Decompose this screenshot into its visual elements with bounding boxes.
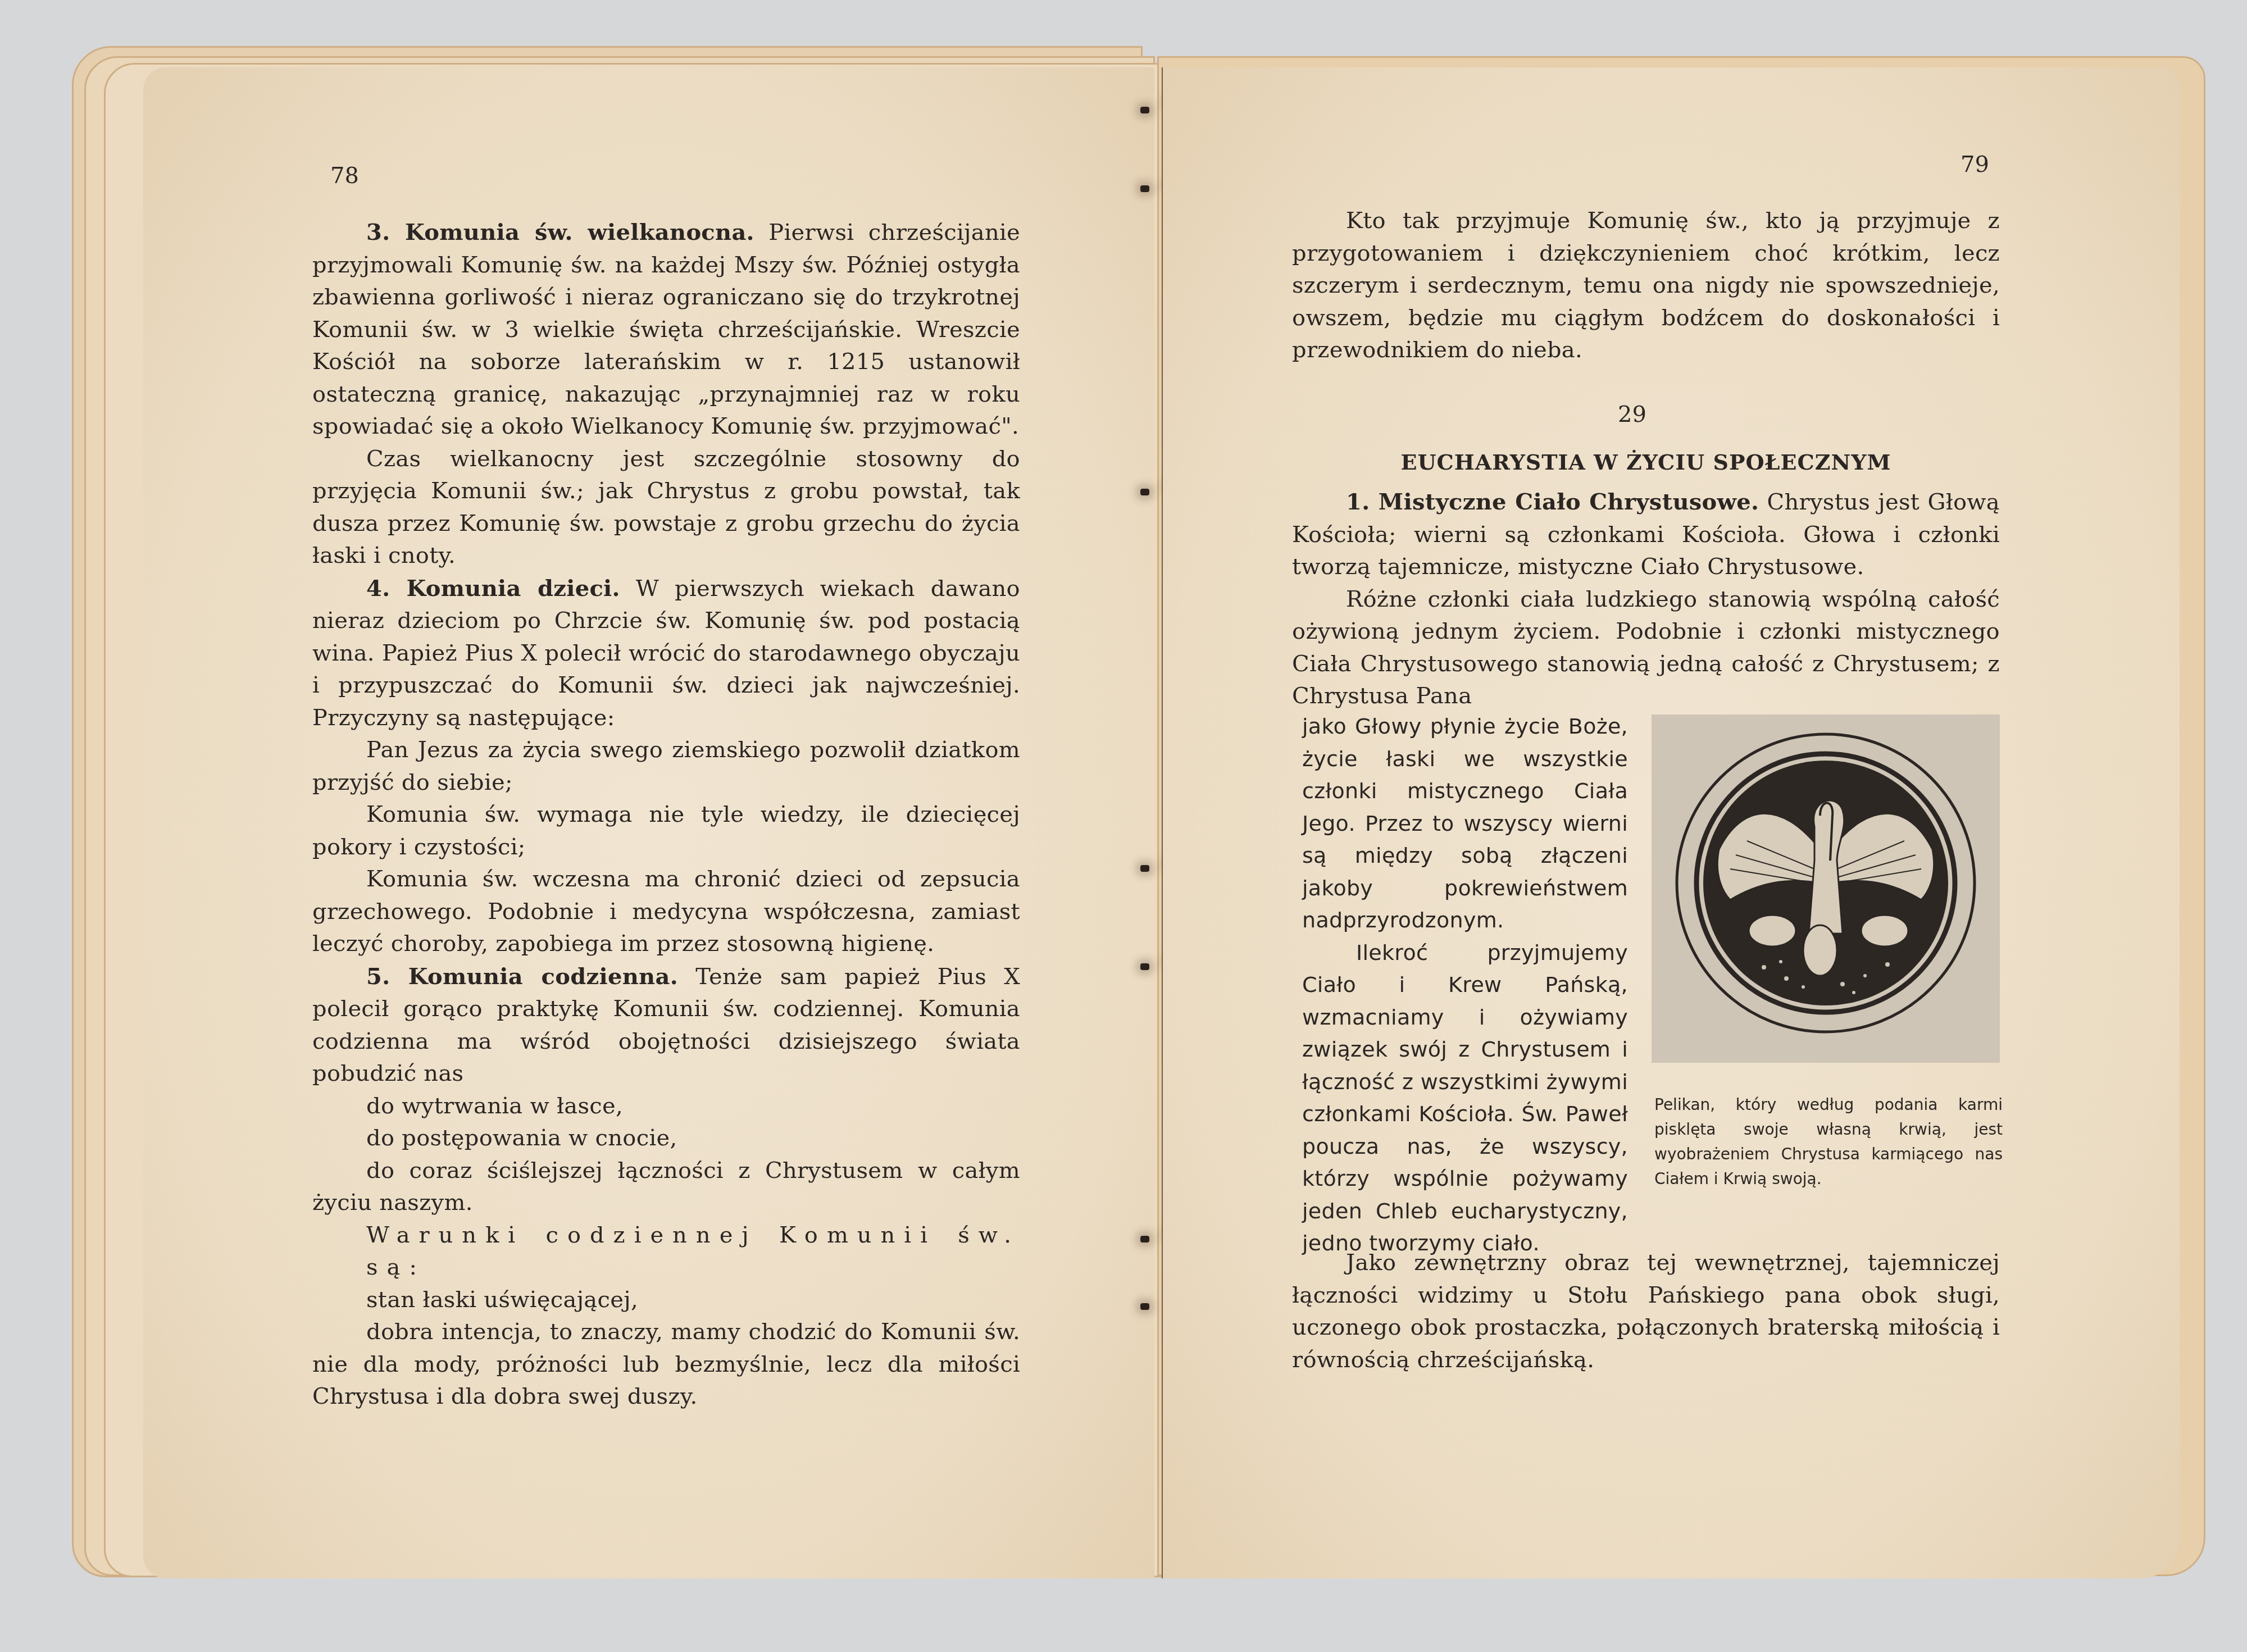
section-heading: 3. Komunia św. wielkanocna. bbox=[366, 219, 754, 245]
page-number-right: 79 bbox=[1961, 152, 1989, 178]
section-heading: 5. Komunia codzienna. bbox=[366, 963, 678, 990]
stitch-hole bbox=[1140, 185, 1149, 192]
closing-paragraph: Jako zewnętrzny obraz tej wewnętrznej, t… bbox=[1292, 1247, 2000, 1376]
section-body: 1. Mistyczne Ciało Chrystusowe. Chrystus… bbox=[1292, 486, 2000, 713]
left-page-body: 3. Komunia św. wielkanocna. Pierwsi chrz… bbox=[312, 216, 1020, 1413]
pelican-emblem-icon bbox=[1652, 714, 2000, 1063]
stitch-hole bbox=[1140, 1236, 1149, 1243]
paragraph: Komunia św. wczesna ma chronić dzieci od… bbox=[312, 863, 1020, 961]
list-item: do wytrwania w łasce, bbox=[312, 1090, 1020, 1123]
list-item: do coraz ściślejszej łączności z Chrystu… bbox=[312, 1155, 1020, 1219]
stitch-hole bbox=[1140, 1303, 1149, 1310]
paragraph: 3. Komunia św. wielkanocna. Pierwsi chrz… bbox=[312, 216, 1020, 443]
section-heading: 4. Komunia dzieci. bbox=[366, 575, 620, 602]
section-heading: 1. Mistyczne Ciało Chrystusowe. bbox=[1346, 489, 1759, 515]
stitch-hole bbox=[1140, 489, 1149, 495]
paragraph: Warunki codziennej Komunii św. są: bbox=[312, 1219, 1020, 1284]
paragraph: Pan Jezus za życia swego ziemskiego pozw… bbox=[312, 734, 1020, 799]
stitch-hole bbox=[1140, 107, 1149, 113]
chapter-number: 29 bbox=[1618, 402, 1646, 427]
paragraph: Komunia św. wymaga nie tyle wiedzy, ile … bbox=[312, 799, 1020, 863]
paragraph: Czas wielkanocny jest szczególnie stosow… bbox=[312, 443, 1020, 572]
paragraph: 5. Komunia codzienna. Tenże sam papież P… bbox=[312, 961, 1020, 1090]
paragraph: 4. Komunia dzieci. W pierwszych wiekach … bbox=[312, 572, 1020, 735]
paragraph: jako Głowy płynie życie Boże, życie łask… bbox=[1302, 711, 1628, 937]
stitch-hole bbox=[1140, 865, 1149, 872]
list-item: do postępowania w cnocie, bbox=[312, 1122, 1020, 1155]
list-item: dobra intencja, to znaczy, mamy chodzić … bbox=[312, 1316, 1020, 1413]
stitch-hole bbox=[1140, 963, 1149, 970]
figure-caption: Pelikan, który według podania karmi pisk… bbox=[1654, 1093, 2003, 1191]
pelican-illustration bbox=[1652, 714, 2000, 1063]
paragraph: 1. Mistyczne Ciało Chrystusowe. Chrystus… bbox=[1292, 486, 2000, 584]
intro-paragraph: Kto tak przyjmuje Komunię św., kto ją pr… bbox=[1292, 205, 2000, 367]
chapter-title: EUCHARYSTIA W ŻYCIU SPOŁECZNYM bbox=[1292, 449, 2000, 475]
paragraph: Różne członki ciała ludzkiego stanowią w… bbox=[1292, 584, 2000, 713]
paragraph: Ilekroć przyjmujemy Ciało i Krew Pańską,… bbox=[1302, 937, 1628, 1260]
page-number-left: 78 bbox=[330, 163, 359, 189]
list-item: stan łaski uświęcającej, bbox=[312, 1284, 1020, 1317]
side-column-text: jako Głowy płynie życie Boże, życie łask… bbox=[1302, 711, 1628, 1260]
open-book: 78 3. Komunia św. wielkanocna. Pierwsi c… bbox=[0, 0, 2247, 1652]
